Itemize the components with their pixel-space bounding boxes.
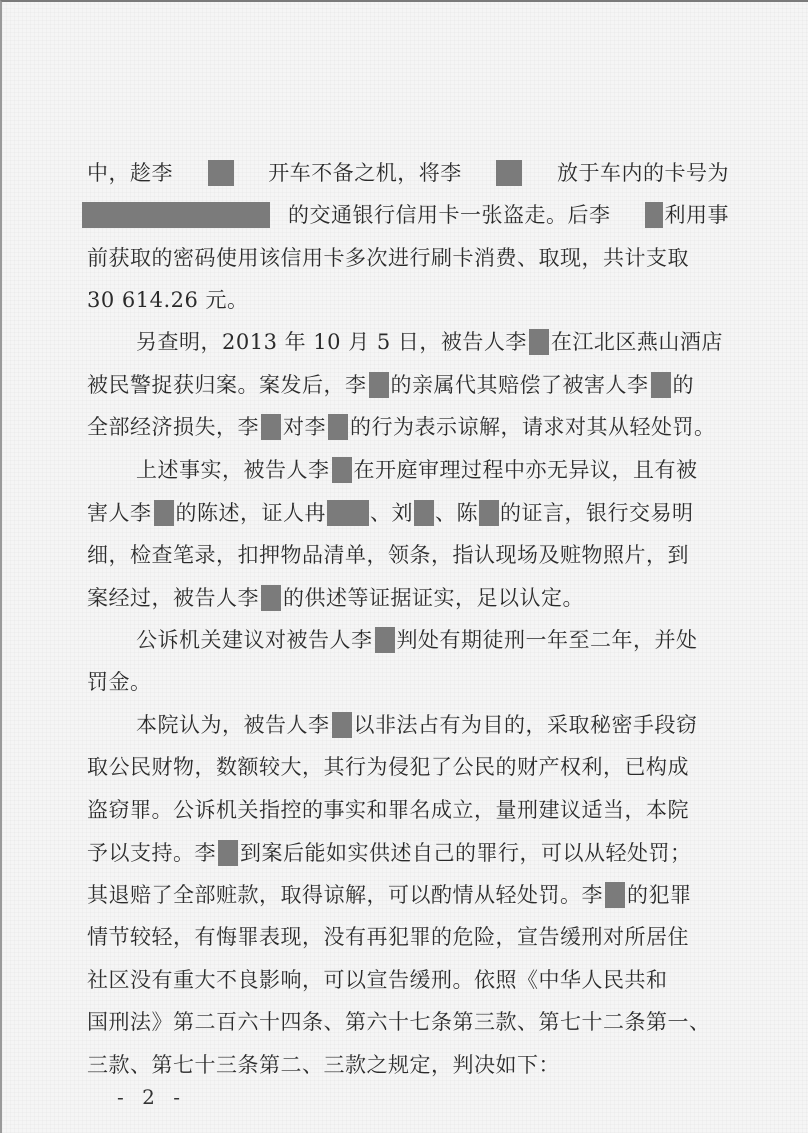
text-segment: 开车不备之机，将李 <box>268 158 462 188</box>
text-line: 细，检查笔录，扣押物品清单，领条，指认现场及赃物照片，到 <box>87 540 729 570</box>
text-line: 被民警捉获归案。案发后，李 的亲属代其赔偿了被害人李 的 <box>87 370 729 400</box>
redaction-block <box>605 882 625 908</box>
text-segment: 在江北区燕山酒店 <box>551 327 723 357</box>
text-line: 的交通银行信用卡一张盗走。后李 利用事 <box>82 200 729 230</box>
text-line: 30 614.26 元。 <box>87 285 729 315</box>
redaction-block <box>261 585 281 611</box>
text-segment: 在开庭审理过程中亦无异议，且有被 <box>354 455 698 485</box>
text-segment: 害人李 <box>87 498 152 528</box>
redaction-block <box>496 160 522 186</box>
text-segment: 、刘 <box>370 498 413 528</box>
redaction-block-card-number <box>82 202 270 228</box>
text-segment: 本院认为，被告人李 <box>136 710 330 740</box>
text-segment: 的供述等证据证实，足以认定。 <box>283 583 584 613</box>
text-segment: 被民警捉获归案。案发后，李 <box>87 370 367 400</box>
text-segment: 情节较轻，有悔罪表现，没有再犯罪的危险，宣告缓刑对所居住 <box>87 922 689 952</box>
text-line: 其退赔了全部赃款，取得谅解，可以酌情从轻处罚。李 的犯罪 <box>87 880 729 910</box>
text-segment: 予以支持。李 <box>87 838 216 868</box>
text-line: 上述事实，被告人李 在开庭审理过程中亦无异议，且有被 <box>136 455 729 485</box>
text-line: 前获取的密码使用该信用卡多次进行刷卡消费、取现，共计支取 <box>87 243 729 273</box>
text-segment: 上述事实，被告人李 <box>136 455 330 485</box>
text-line: 社区没有重大不良影响，可以宣告缓刑。依照《中华人民共和 <box>87 965 729 995</box>
text-segment: 社区没有重大不良影响，可以宣告缓刑。依照《中华人民共和 <box>87 965 668 995</box>
text-segment: 全部经济损失，李 <box>87 412 259 442</box>
text-segment: 公诉机关建议对被告人李 <box>136 625 373 655</box>
text-segment: 、陈 <box>435 498 478 528</box>
redaction-block <box>645 202 663 228</box>
text-segment: 罚金。 <box>87 667 152 697</box>
text-segment: 其退赔了全部赃款，取得谅解，可以酌情从轻处罚。李 <box>87 880 603 910</box>
redaction-block <box>414 500 434 526</box>
redaction-block <box>375 627 395 653</box>
text-line: 中，趁李 开车不备之机，将李 放于车内的卡号为 <box>87 158 729 188</box>
text-line: 国刑法》第二百六十四条、第六十七条第三款、第七十二条第一、 <box>87 1007 729 1037</box>
text-segment: 三款、第七十三条第二、三款之规定，判决如下： <box>87 1050 560 1080</box>
text-line: 盗窃罪。公诉机关指控的事实和罪名成立，量刑建议适当，本院 <box>87 795 729 825</box>
text-segment: 判处有期徒刑一年至二年，并处 <box>397 625 698 655</box>
redaction-block <box>328 414 348 440</box>
text-segment: 细，检查笔录，扣押物品清单，领条，指认现场及赃物照片，到 <box>87 540 689 570</box>
text-line: 情节较轻，有悔罪表现，没有再犯罪的危险，宣告缓刑对所居住 <box>87 922 729 952</box>
text-segment: 中，趁李 <box>87 158 173 188</box>
text-line: 予以支持。李 到案后能如实供述自己的罪行，可以从轻处罚； <box>87 838 729 868</box>
redaction-block <box>327 500 369 526</box>
text-line: 害人李 的陈述，证人冉 、刘 、陈 的证言，银行交易明 <box>87 498 729 528</box>
text-line: 本院认为，被告人李 以非法占有为目的，采取秘密手段窃 <box>136 710 729 740</box>
redaction-block <box>261 414 281 440</box>
text-segment: 的亲属代其赔偿了被害人李 <box>391 370 649 400</box>
document-page: 中，趁李 开车不备之机，将李 放于车内的卡号为 的交通银行信用卡一张盗走。后李 … <box>0 0 808 1133</box>
redaction-block <box>332 457 352 483</box>
text-segment: 利用事 <box>665 200 730 230</box>
text-segment: 前获取的密码使用该信用卡多次进行刷卡消费、取现，共计支取 <box>87 243 689 273</box>
text-segment: 到案后能如实供述自己的罪行，可以从轻处罚； <box>240 838 692 868</box>
text-segment: 放于车内的卡号为 <box>557 158 729 188</box>
text-line: 罚金。 <box>87 667 729 697</box>
text-line: 三款、第七十三条第二、三款之规定，判决如下： <box>87 1050 729 1080</box>
text-segment: 的陈述，证人冉 <box>176 498 327 528</box>
text-segment: 国刑法》第二百六十四条、第六十七条第三款、第七十二条第一、 <box>87 1007 711 1037</box>
text-segment: 的行为表示谅解，请求对其从轻处罚。 <box>350 412 716 442</box>
redaction-block <box>369 372 389 398</box>
text-segment: 的犯罪 <box>627 880 692 910</box>
redaction-block <box>218 840 238 866</box>
text-segment: 取公民财物，数额较大，其行为侵犯了公民的财产权利，已构成 <box>87 752 689 782</box>
redaction-block <box>208 160 234 186</box>
text-line: 取公民财物，数额较大，其行为侵犯了公民的财产权利，已构成 <box>87 752 729 782</box>
text-line: 案经过，被告人李 的供述等证据证实，足以认定。 <box>87 583 729 613</box>
redaction-block <box>651 372 671 398</box>
text-segment: 另查明，2013 年 10 月 5 日，被告人李 <box>136 327 527 357</box>
text-segment: 对李 <box>283 412 326 442</box>
text-segment: 案经过，被告人李 <box>87 583 259 613</box>
page-number: - 2 - <box>117 1082 186 1112</box>
text-segment: 的 <box>673 370 695 400</box>
text-segment: 盗窃罪。公诉机关指控的事实和罪名成立，量刑建议适当，本院 <box>87 795 689 825</box>
text-segment: 30 614.26 元。 <box>87 285 249 315</box>
redaction-block <box>332 712 352 738</box>
redaction-block <box>154 500 174 526</box>
text-segment: 的交通银行信用卡一张盗走。后李 <box>288 200 643 230</box>
redaction-block <box>529 329 549 355</box>
text-line: 全部经济损失，李 对李 的行为表示谅解，请求对其从轻处罚。 <box>87 412 729 442</box>
text-line: 公诉机关建议对被告人李 判处有期徒刑一年至二年，并处 <box>136 625 729 655</box>
text-line: 另查明，2013 年 10 月 5 日，被告人李 在江北区燕山酒店 <box>136 327 729 357</box>
text-segment: 的证言，银行交易明 <box>500 498 694 528</box>
text-segment: 以非法占有为目的，采取秘密手段窃 <box>354 710 698 740</box>
redaction-block <box>479 500 499 526</box>
